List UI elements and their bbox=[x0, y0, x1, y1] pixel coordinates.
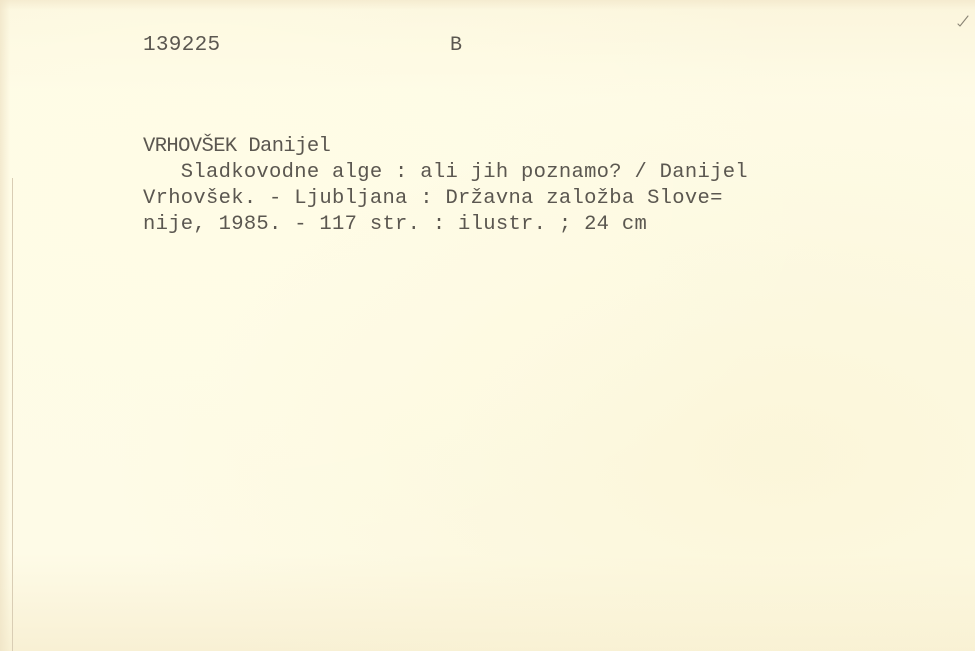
checkmark-icon bbox=[956, 14, 970, 28]
author-heading: VRHOVŠEK Danijel bbox=[143, 134, 330, 160]
margin-rule bbox=[12, 178, 13, 651]
location-code: B bbox=[450, 33, 462, 59]
paper-edge-shadow-top bbox=[0, 0, 975, 10]
paper-edge-shadow-left bbox=[0, 0, 10, 651]
accession-number: 139225 bbox=[143, 33, 220, 59]
catalog-card: 139225 B VRHOVŠEK Danijel Sladkovodne al… bbox=[0, 0, 975, 651]
publication-line: Vrhovšek. - Ljubljana : Državna založba … bbox=[143, 186, 723, 212]
title-statement-line: Sladkovodne alge : ali jih poznamo? / Da… bbox=[143, 160, 748, 186]
physical-description-line: nije, 1985. - 117 str. : ilustr. ; 24 cm bbox=[143, 212, 647, 238]
